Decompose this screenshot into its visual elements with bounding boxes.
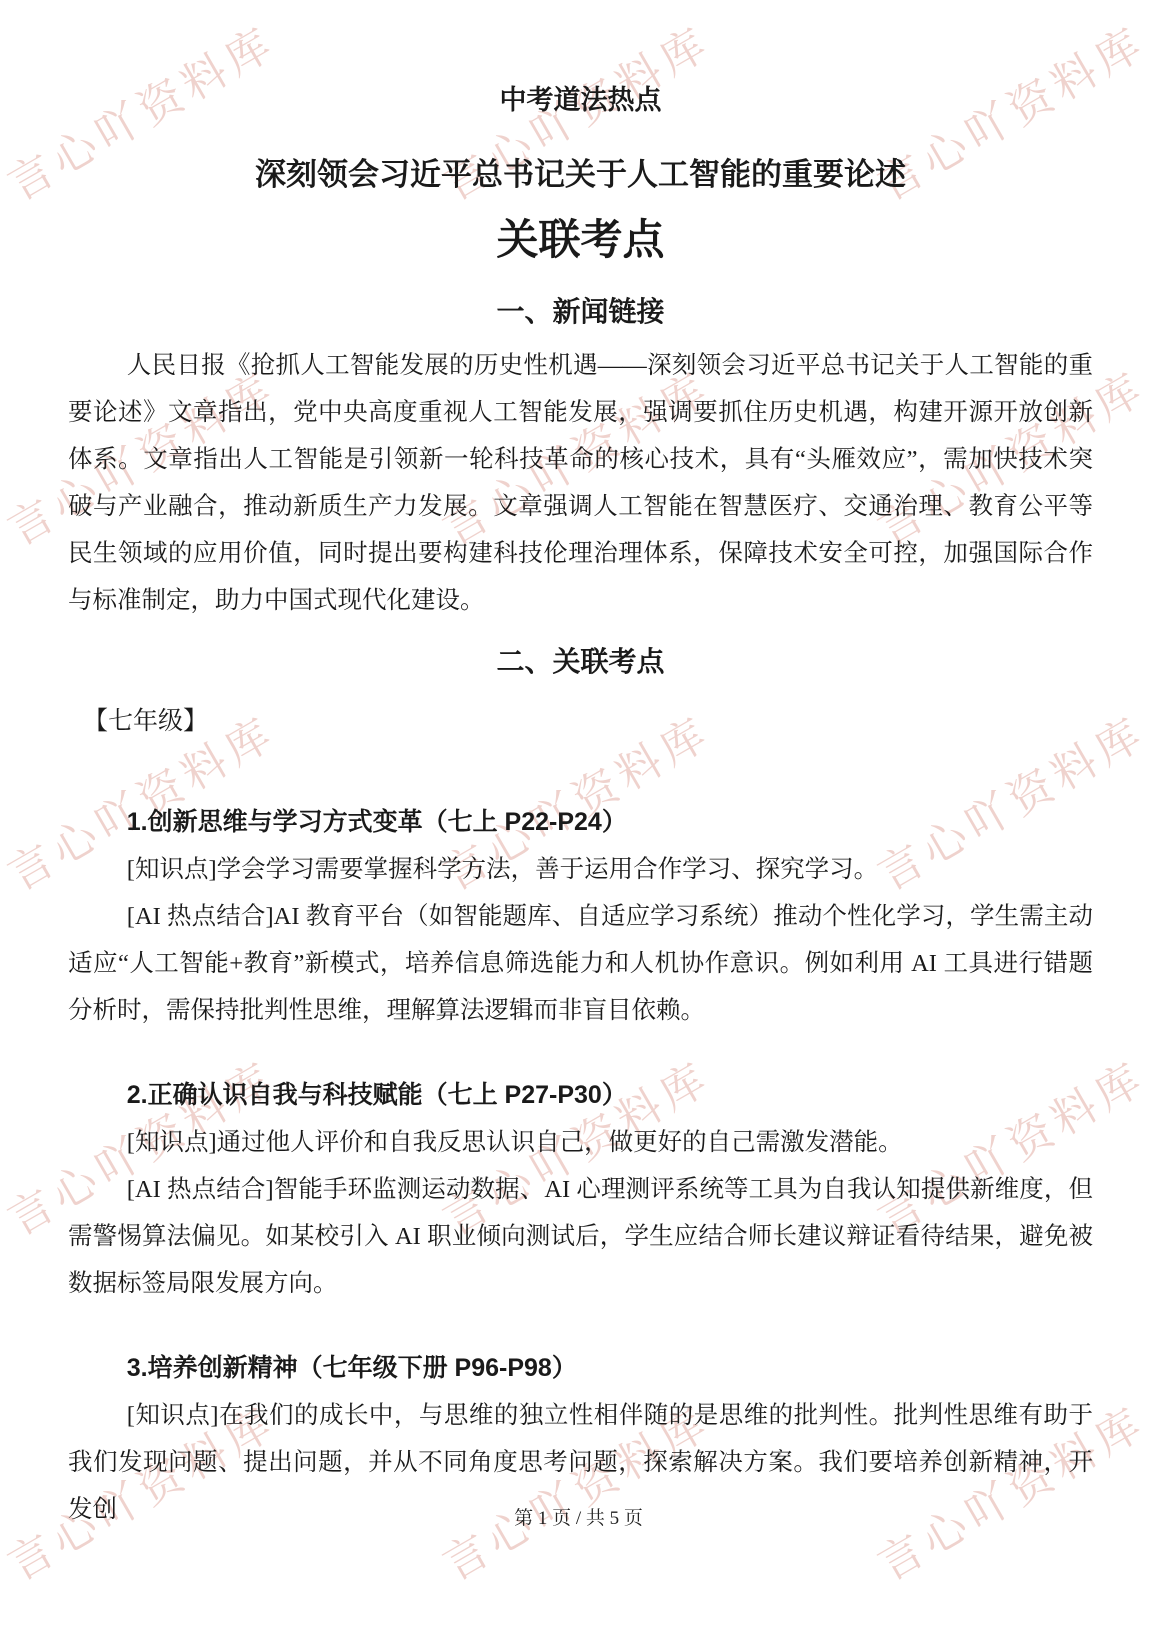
ai-hotspot-text: [AI 热点结合]AI 教育平台（如智能题库、自适应学习系统）推动个性化学习，学… xyxy=(68,893,1093,1034)
document-body: 中考道法热点 深刻领会习近平总书记关于人工智能的重要论述 关联考点 一、新闻链接… xyxy=(0,0,1157,1636)
ai-hotspot-text: [AI 热点结合]智能手环监测运动数据、AI 心理测评系统等工具为自我认知提供新… xyxy=(68,1166,1093,1307)
section-points-heading: 二、关联考点 xyxy=(68,644,1093,680)
grade-label: 【七年级】 xyxy=(68,698,1093,745)
page-number: 第 1 页 / 共 5 页 xyxy=(0,1503,1157,1530)
doc-title: 深刻领会习近平总书记关于人工智能的重要论述 xyxy=(68,156,1093,193)
exam-point-title: 2.正确认识自我与科技赋能（七上 P27-P30） xyxy=(68,1072,1093,1119)
exam-point-title: 1.创新思维与学习方式变革（七上 P22-P24） xyxy=(68,799,1093,846)
knowledge-point-text: [知识点]学会学习需要掌握科学方法，善于运用合作学习、探究学习。 xyxy=(68,846,1093,893)
doc-subtitle: 关联考点 xyxy=(68,216,1093,264)
exam-point-item: 2.正确认识自我与科技赋能（七上 P27-P30） [知识点]通过他人评价和自我… xyxy=(68,1072,1093,1307)
section-news-heading: 一、新闻链接 xyxy=(68,294,1093,330)
exam-point-item: 1.创新思维与学习方式变革（七上 P22-P24） [知识点]学会学习需要掌握科… xyxy=(68,799,1093,1034)
document-page: 言心吖资料库 言心吖资料库 言心吖资料库 言心吖资料库 言心吖资料库 言心吖资料… xyxy=(0,0,1157,1636)
exam-point-title: 3.培养创新精神（七年级下册 P96-P98） xyxy=(68,1345,1093,1392)
news-paragraph: 人民日报《抢抓人工智能发展的历史性机遇——深刻领会习近平总书记关于人工智能的重要… xyxy=(68,342,1093,624)
knowledge-point-text: [知识点]通过他人评价和自我反思认识自己，做更好的自己需激发潜能。 xyxy=(68,1119,1093,1166)
doc-category-heading: 中考道法热点 xyxy=(68,84,1093,116)
